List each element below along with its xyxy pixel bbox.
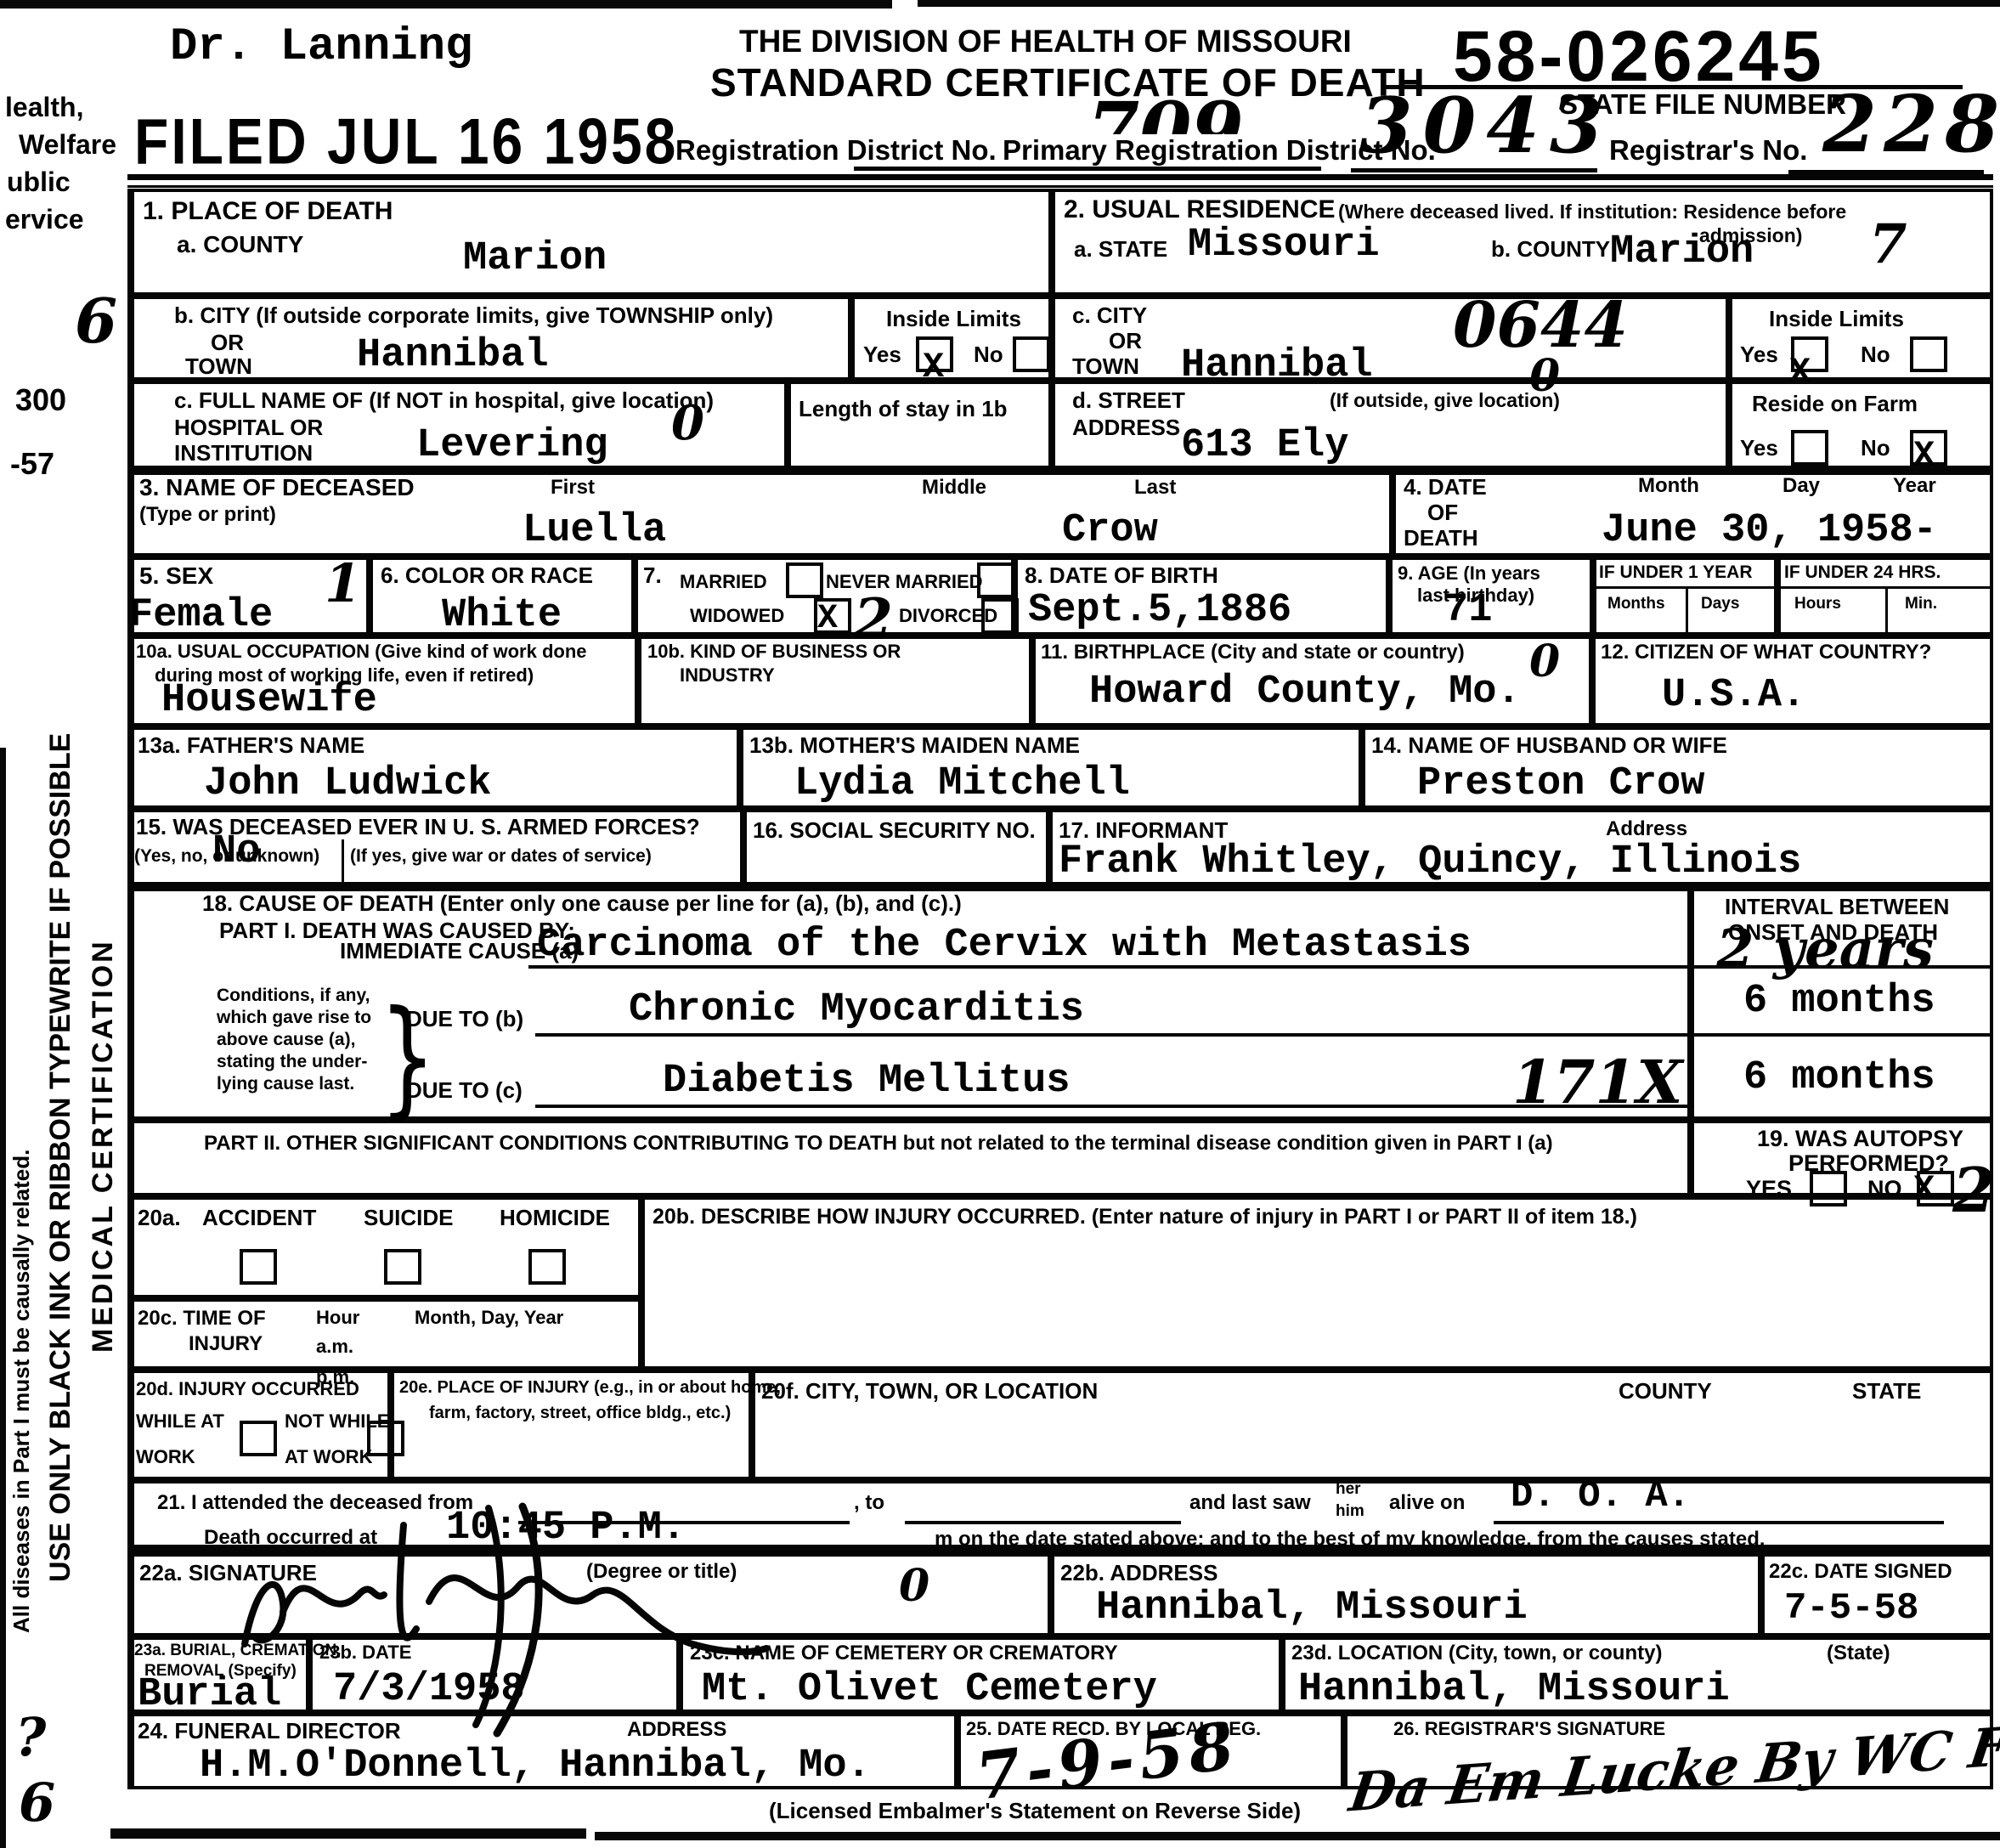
usual-residence-note: (Where deceased lived. If institution: R… xyxy=(1338,201,1846,223)
min-label: Min. xyxy=(1905,595,1937,613)
conditions-note: lying cause last. xyxy=(217,1074,354,1094)
accident-row-number: 20a. xyxy=(138,1205,181,1231)
place-of-injury-label-2: farm, factory, street, office bldg., etc… xyxy=(429,1404,731,1423)
homicide-checkbox xyxy=(528,1249,566,1285)
under-1-year-label: IF UNDER 1 YEAR xyxy=(1599,562,1752,583)
typed-doctor-name: Dr. Lanning xyxy=(170,21,472,73)
business-label-1: 10b. KIND OF BUSINESS OR xyxy=(647,641,901,663)
year-label: Year xyxy=(1893,474,1936,498)
margin-corner-line: lealth, xyxy=(5,92,83,123)
length-of-stay-label: Length of stay in 1b xyxy=(799,396,1008,422)
cause-a-underline xyxy=(528,965,1687,969)
x-mark: X xyxy=(923,347,944,387)
margin-bottom-mark: ? xyxy=(15,1706,46,1768)
funeral-director-value: H.M.O'Donnell, Hannibal, Mo. xyxy=(200,1743,871,1789)
conditions-note: Conditions, if any, xyxy=(217,986,370,1006)
occupation-label-1: 10a. USUAL OCCUPATION (Give kind of work… xyxy=(136,641,587,663)
registrar-no-value: 228 xyxy=(1822,78,2000,170)
birthplace-value: Howard County, Mo. xyxy=(1089,670,1521,715)
describe-injury-label: 20b. DESCRIBE HOW INJURY OCCURRED. (Ente… xyxy=(653,1205,1637,1229)
cemetery-location-label: 23d. LOCATION (City, town, or county) xyxy=(1291,1642,1662,1665)
usual-residence-title: 2. USUAL RESIDENCE xyxy=(1064,195,1336,224)
part-ii-label: PART II. OTHER SIGNIFICANT CONDITIONS CO… xyxy=(204,1132,1553,1156)
due-to-b-label: DUE TO (b) xyxy=(406,1006,523,1032)
autopsy-label-1: 19. WAS AUTOPSY xyxy=(1757,1126,1963,1152)
cause-b-underline xyxy=(535,1033,1687,1037)
date-of-death-label-2: OF xyxy=(1427,500,1458,526)
age-label-1: 9. AGE (In years xyxy=(1398,562,1540,585)
header-division: THE DIVISION OF HEALTH OF MISSOURI xyxy=(739,24,1352,59)
city-town: TOWN xyxy=(185,353,252,380)
color-race-label: 6. COLOR OR RACE xyxy=(381,562,593,589)
embalmer-note: (Licensed Embalmer's Statement on Revers… xyxy=(769,1798,1301,1824)
interval-rule xyxy=(1691,965,1993,969)
not-while-at-work-checkbox xyxy=(367,1421,404,1456)
attended-rule xyxy=(1494,1521,1944,1524)
father-name-label: 13a. FATHER'S NAME xyxy=(138,732,364,759)
inside-limits-label: Inside Limits xyxy=(886,306,1021,332)
state-label: a. STATE xyxy=(1074,236,1167,263)
injury-state-label: STATE xyxy=(1852,1378,1921,1404)
handwritten-0: 0 xyxy=(899,1560,929,1612)
filed-stamp: FILED JUL 16 1958 xyxy=(134,104,678,178)
box-length-of-stay xyxy=(788,381,1052,469)
accident-checkbox xyxy=(240,1249,277,1285)
death-certificate-scan: lealth, Welfare ublic ervice 6 300 -57 U… xyxy=(0,0,2000,1848)
hospital-label: c. FULL NAME OF (If NOT in hospital, giv… xyxy=(174,387,714,414)
never-married-checkbox xyxy=(977,562,1014,598)
sub-rule xyxy=(342,839,344,885)
no-label: No xyxy=(974,342,1003,368)
autopsy-yes-label: YES xyxy=(1746,1176,1792,1202)
armed-forces-value: No xyxy=(212,829,260,874)
registration-district-label: Registration District No. xyxy=(675,134,997,167)
mother-maiden-value: Lydia Mitchell xyxy=(794,761,1130,806)
under-24-hrs-label: IF UNDER 24 HRS. xyxy=(1784,562,1941,583)
place-of-death-title: 1. PLACE OF DEATH xyxy=(143,197,393,226)
married-checkbox xyxy=(786,562,823,598)
date-signed-label: 22c. DATE SIGNED xyxy=(1769,1560,1952,1584)
citizen-value: U.S.A. xyxy=(1662,673,1805,718)
never-married-label: NEVER MARRIED xyxy=(826,571,983,593)
sex-label: 5. SEX xyxy=(139,562,213,590)
sub-rule xyxy=(1593,586,1993,589)
street-note: (If outside, give location) xyxy=(1330,389,1560,412)
cause-c-underline xyxy=(535,1105,1687,1108)
scan-artifact xyxy=(918,0,2000,7)
margin-bottom-mark: 6 xyxy=(19,1772,55,1834)
scan-artifact xyxy=(0,0,892,8)
physician-address-value: Hannibal, Missouri xyxy=(1096,1585,1528,1630)
handwritten-1: 1 xyxy=(325,552,361,614)
registrar-signature-label: 26. REGISTRAR'S SIGNATURE xyxy=(1393,1718,1665,1740)
informant-address-label: Address xyxy=(1606,817,1687,841)
residence-city-label: c. CITY xyxy=(1072,302,1147,329)
alive-on-label: alive on xyxy=(1389,1491,1465,1515)
business-label-2: INDUSTRY xyxy=(680,664,775,687)
scan-artifact xyxy=(110,1828,586,1839)
city-label: b. CITY (If outside corporate limits, gi… xyxy=(174,302,773,329)
autopsy-yes-checkbox xyxy=(1810,1171,1847,1207)
injury-county-label: COUNTY xyxy=(1619,1378,1712,1404)
cause-b-value: Chronic Myocarditis xyxy=(629,987,1084,1032)
injury-city-label: 20f. CITY, TOWN, OR LOCATION xyxy=(761,1378,1098,1404)
interval-a-value: 2 years xyxy=(1716,918,1934,981)
date-signed-value: 7-5-58 xyxy=(1784,1587,1918,1630)
residence-county-value: Marion xyxy=(1610,229,1754,274)
interval-b-value: 6 months xyxy=(1743,979,1935,1024)
yes-label: Yes xyxy=(1740,342,1778,368)
conditions-note: which gave rise to xyxy=(217,1008,371,1028)
no-checkbox xyxy=(1910,336,1947,372)
margin-handwritten-6: 6 xyxy=(75,285,117,357)
interval-label-1: INTERVAL BETWEEN xyxy=(1725,894,1949,920)
cemetery-location-value: Hannibal, Missouri xyxy=(1298,1667,1730,1712)
residence-city-town: TOWN xyxy=(1072,353,1139,380)
him-label: him xyxy=(1336,1502,1364,1521)
name-of-deceased-label: 3. NAME OF DECEASED xyxy=(139,474,415,501)
informant-value: Frank Whitley, Quincy, Illinois xyxy=(1059,839,1801,884)
yes-label: Yes xyxy=(863,342,901,368)
due-to-c-label: DUE TO (c) xyxy=(406,1077,523,1104)
autopsy-no-label: NO xyxy=(1867,1176,1902,1202)
x-mark: X xyxy=(1913,435,1935,476)
form-top-rule xyxy=(127,185,1993,188)
doa-value: D. O. A. xyxy=(1511,1475,1690,1517)
primary-district-value: 3043 xyxy=(1359,81,1613,171)
scan-artifact xyxy=(0,748,6,1848)
widowed-label: WIDOWED xyxy=(690,605,784,627)
attended-rule xyxy=(905,1521,1181,1524)
street-value: 613 Ely xyxy=(1181,423,1348,468)
city-or: OR xyxy=(211,330,244,356)
margin-form-number: 300 xyxy=(15,382,66,418)
margin-corner-line: Welfare xyxy=(19,129,116,161)
city-value: Hannibal xyxy=(357,333,549,378)
sex-value: Female xyxy=(129,593,273,638)
yes-label: Yes xyxy=(1740,435,1778,461)
father-name-value: John Ludwick xyxy=(204,761,491,806)
conditions-note: above cause (a), xyxy=(217,1030,355,1050)
dashed-rule xyxy=(1351,168,1597,172)
am-label: a.m. xyxy=(316,1336,353,1358)
marital-number: 7. xyxy=(643,562,662,589)
mother-maiden-label: 13b. MOTHER'S MAIDEN NAME xyxy=(749,732,1080,759)
age-value: 71 xyxy=(1444,588,1492,633)
husband-wife-label: 14. NAME OF HUSBAND OR WIFE xyxy=(1371,732,1727,759)
time-of-injury-label-1: 20c. TIME OF xyxy=(138,1307,266,1331)
handwritten-0: 0 xyxy=(1529,636,1560,687)
cause-c-value: Diabetis Mellitus xyxy=(663,1059,1070,1104)
married-label: MARRIED xyxy=(680,571,767,593)
form-top-rule xyxy=(127,174,1993,180)
margin-note-diseases: All diseases in Part I must be causally … xyxy=(8,1150,35,1633)
her-label: her xyxy=(1336,1480,1361,1499)
first-label: First xyxy=(551,476,595,500)
months-label: Months xyxy=(1607,595,1665,613)
no-label: No xyxy=(1861,435,1890,461)
last-name-value: Crow xyxy=(1062,508,1158,553)
county-label: a. COUNTY xyxy=(177,231,303,258)
sub-rule xyxy=(1686,586,1688,636)
last-label: Last xyxy=(1134,476,1176,500)
interval-c-value: 6 months xyxy=(1743,1055,1935,1100)
document-title: STANDARD CERTIFICATE OF DEATH xyxy=(710,59,1426,105)
no-label: No xyxy=(1861,342,1890,368)
suicide-checkbox xyxy=(384,1249,421,1285)
month-day-year-label: Month, Day, Year xyxy=(415,1307,563,1329)
x-mark: X xyxy=(1913,1169,1935,1210)
interval-rule xyxy=(1691,1033,1993,1037)
residence-county-label: b. COUNTY xyxy=(1491,236,1610,263)
street-label-2: ADDRESS xyxy=(1072,415,1180,441)
while-at-label: WHILE AT xyxy=(136,1410,224,1433)
county-value: Marion xyxy=(463,236,607,281)
hospital-value: Levering xyxy=(416,423,608,468)
occupation-value: Housewife xyxy=(161,678,377,723)
state-value: Missouri xyxy=(1188,223,1380,268)
days-label: Days xyxy=(1701,595,1739,613)
registrar-no-label: Registrar's No. xyxy=(1609,134,1807,167)
handwritten-tick: 7 xyxy=(1869,212,1907,276)
residence-city-value: Hannibal xyxy=(1181,343,1373,388)
margin-note-black-ink: USE ONLY BLACK INK OR RIBBON TYPEWRITE I… xyxy=(44,733,77,1582)
doctor-signature-tail xyxy=(476,1502,578,1740)
middle-label: Middle xyxy=(922,476,986,500)
date-of-death-label-1: 4. DATE xyxy=(1404,474,1487,500)
first-name-value: Luella xyxy=(523,508,666,553)
ssn-label: 16. SOCIAL SECURITY NO. xyxy=(753,817,1036,844)
sub-rule xyxy=(1885,586,1888,636)
reside-on-farm-label: Reside on Farm xyxy=(1752,391,1918,417)
date-of-death-label-3: DEATH xyxy=(1404,525,1478,551)
suicide-label: SUICIDE xyxy=(364,1205,453,1231)
at-work-label: AT WORK xyxy=(285,1446,372,1468)
inside-limits-label-2: Inside Limits xyxy=(1769,306,1904,332)
birthplace-label: 11. BIRTHPLACE (City and state or countr… xyxy=(1041,641,1465,664)
hospital-label-2: HOSPITAL OR xyxy=(174,415,323,441)
margin-corner-line: ervice xyxy=(5,204,84,235)
month-label: Month xyxy=(1638,474,1699,498)
no-checkbox xyxy=(1013,336,1050,372)
injury-occurred-label: 20d. INJURY OCCURRED xyxy=(136,1378,359,1400)
accident-label: ACCIDENT xyxy=(202,1205,316,1231)
cause-a-value: Carcinoma of the Cervix with Metastasis xyxy=(537,923,1472,968)
time-of-injury-label-2: INJURY xyxy=(189,1332,263,1356)
date-of-birth-label: 8. DATE OF BIRTH xyxy=(1025,562,1218,589)
date-of-death-value: June 30, 1958- xyxy=(1602,508,1937,553)
homicide-label: HOMICIDE xyxy=(500,1205,610,1231)
street-label: d. STREET xyxy=(1072,387,1185,414)
place-of-injury-label-1: 20e. PLACE OF INJURY (e.g., in or about … xyxy=(399,1378,781,1398)
husband-wife-value: Preston Crow xyxy=(1417,761,1704,806)
work-label: WORK xyxy=(136,1446,195,1468)
armed-forces-sub-2: (If yes, give war or dates of service) xyxy=(350,846,652,867)
attended-to: , to xyxy=(854,1491,884,1515)
cause-of-death-title: 18. CAUSE OF DEATH (Enter only one cause… xyxy=(202,890,962,917)
physician-address-label: 22b. ADDRESS xyxy=(1060,1560,1218,1586)
while-at-work-checkbox xyxy=(240,1421,277,1456)
handwritten-2: 2 xyxy=(1952,1154,1995,1226)
day-label: Day xyxy=(1782,474,1820,498)
divorced-checkbox xyxy=(981,598,1019,634)
margin-medical-certification: MEDICAL CERTIFICATION xyxy=(87,939,120,1353)
type-or-print: (Type or print) xyxy=(139,503,276,527)
yes-checkbox xyxy=(1791,430,1828,466)
hours-label: Hours xyxy=(1794,595,1841,613)
state-paren-label: (State) xyxy=(1827,1642,1890,1665)
attended-post: m on the date stated above; and to the b… xyxy=(935,1528,1766,1551)
last-saw-label: and last saw xyxy=(1189,1491,1311,1515)
x-mark: X xyxy=(1789,352,1811,393)
hour-label: Hour xyxy=(316,1307,359,1329)
margin-corner-line: ublic xyxy=(7,167,71,198)
hospital-label-3: INSTITUTION xyxy=(174,440,313,466)
scan-artifact xyxy=(595,1832,2000,1840)
date-of-birth-value: Sept.5,1886 xyxy=(1028,588,1291,633)
margin-form-number: -57 xyxy=(10,446,54,482)
conditions-note: stating the under- xyxy=(217,1052,367,1072)
citizen-label: 12. CITIZEN OF WHAT COUNTRY? xyxy=(1601,641,1931,664)
residence-city-or: OR xyxy=(1109,328,1142,354)
color-race-value: White xyxy=(442,593,562,638)
handwritten-mark: 0 xyxy=(671,395,704,451)
x-mark: X xyxy=(817,600,838,638)
